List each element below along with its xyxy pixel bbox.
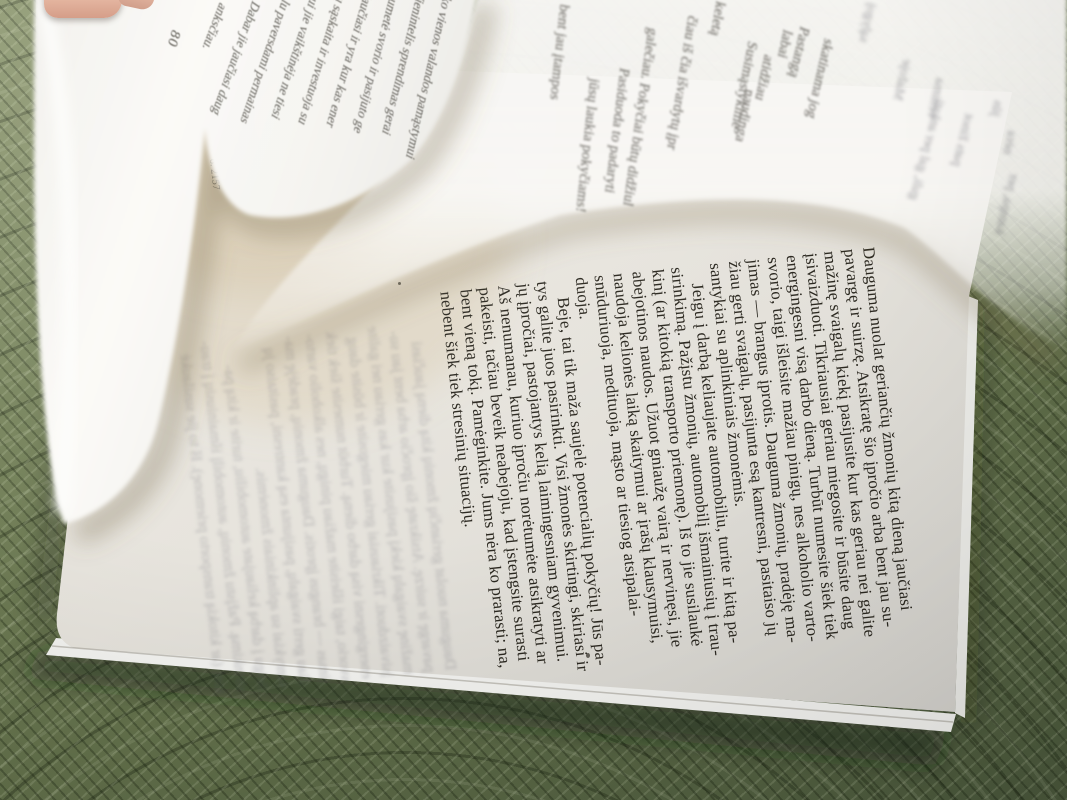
book-photo-scene: Dauguma nuolat geriančių žmonių kitą die… [0, 0, 1067, 800]
finger [44, 0, 122, 18]
mirrored-text-fragment: jūs [986, 99, 1005, 118]
mirrored-text-fragment: nėra [998, 129, 1019, 156]
mirrored-text-fragment: sąlygoj [854, 1, 879, 44]
showthrough-back-fragments: sąlygoj Mažoje venima jūs nėra pats žino… [0, 0, 1067, 300]
mirrored-text-fragment: pats žinot [947, 112, 976, 168]
mirrored-text-fragment: Mažoje [888, 57, 914, 102]
mirrored-text-fragment: kampa, per [990, 172, 1021, 236]
